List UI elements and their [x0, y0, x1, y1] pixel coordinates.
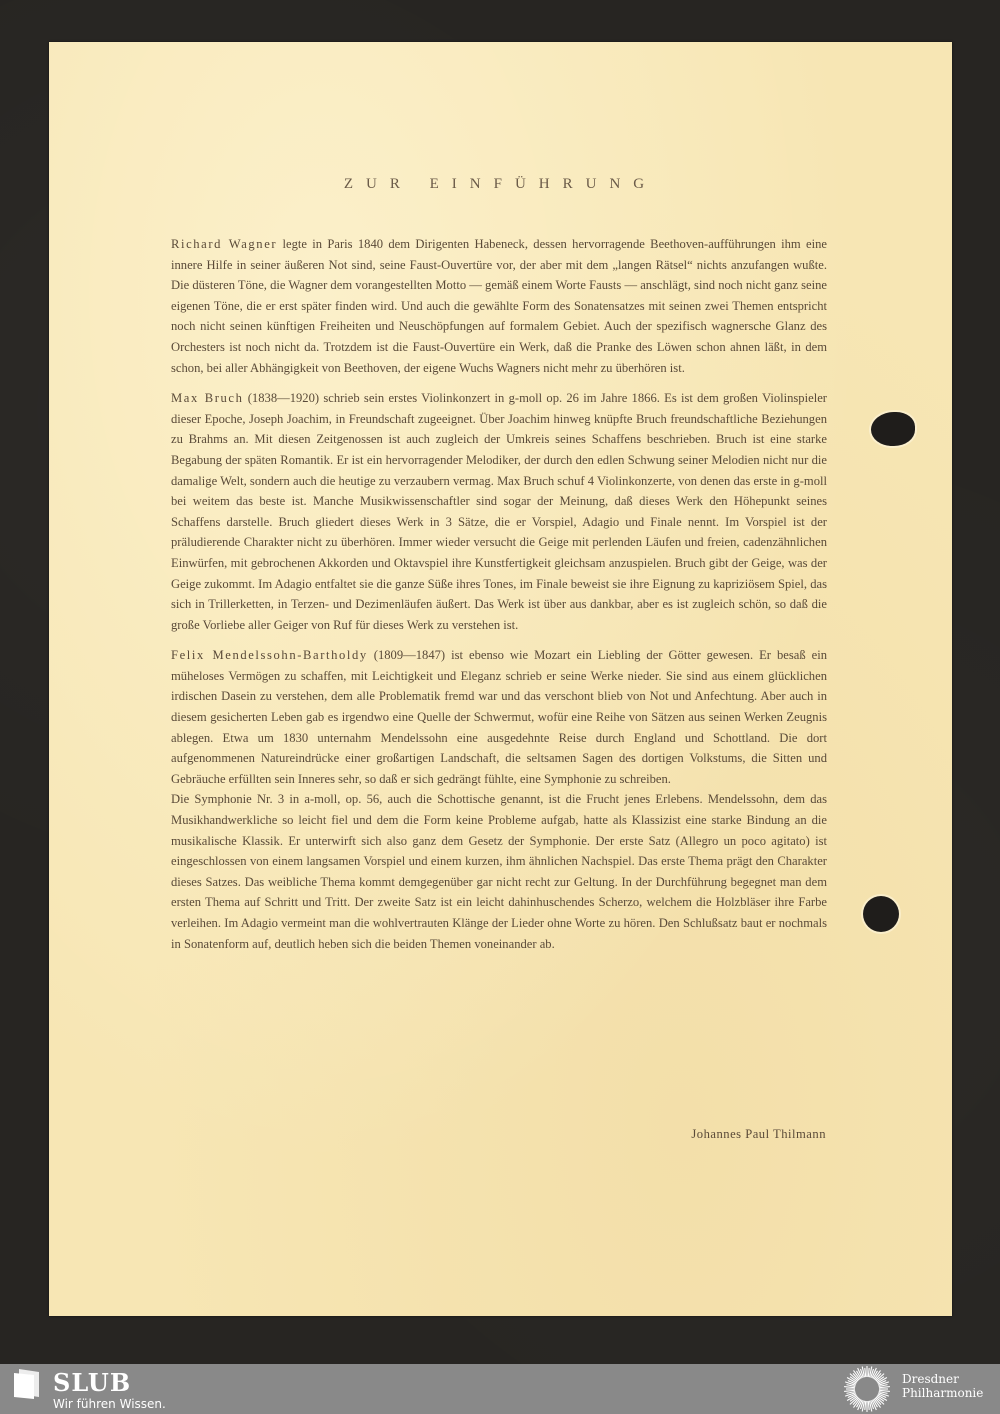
body-text: Richard Wagner legte in Paris 1840 dem D… [171, 234, 827, 964]
book-pages-icon [13, 1367, 41, 1399]
slub-tagline: Wir führen Wissen. [53, 1397, 166, 1411]
paragraph-symphony: Die Symphonie Nr. 3 in a-moll, op. 56, a… [171, 789, 827, 954]
paragraph-wagner: Richard Wagner legte in Paris 1840 dem D… [171, 234, 827, 378]
composer-name: Max Bruch [171, 391, 244, 405]
page-title: ZUR EINFÜHRUNG [49, 176, 952, 193]
philharmonie-brand: Dresdner Philharmonie [902, 1372, 983, 1400]
document-page: ZUR EINFÜHRUNG Richard Wagner legte in P… [49, 42, 952, 1316]
sunburst-ring-icon [842, 1365, 892, 1413]
paragraph-mendelssohn: Felix Mendelssohn-Bartholdy (1809—1847) … [171, 645, 827, 789]
composer-name: Felix Mendelssohn-Bartholdy [171, 648, 368, 662]
composer-name: Richard Wagner [171, 237, 277, 251]
paragraph-bruch: Max Bruch (1838—1920) schrieb sein erste… [171, 388, 827, 635]
footer-bar: SLUB Wir führen Wissen. Dresdner Philhar… [0, 1364, 1000, 1414]
slub-brand: SLUB [53, 1368, 131, 1397]
punch-hole [863, 896, 899, 932]
author-signature: Johannes Paul Thilmann [691, 1127, 826, 1142]
punch-hole [871, 412, 915, 446]
